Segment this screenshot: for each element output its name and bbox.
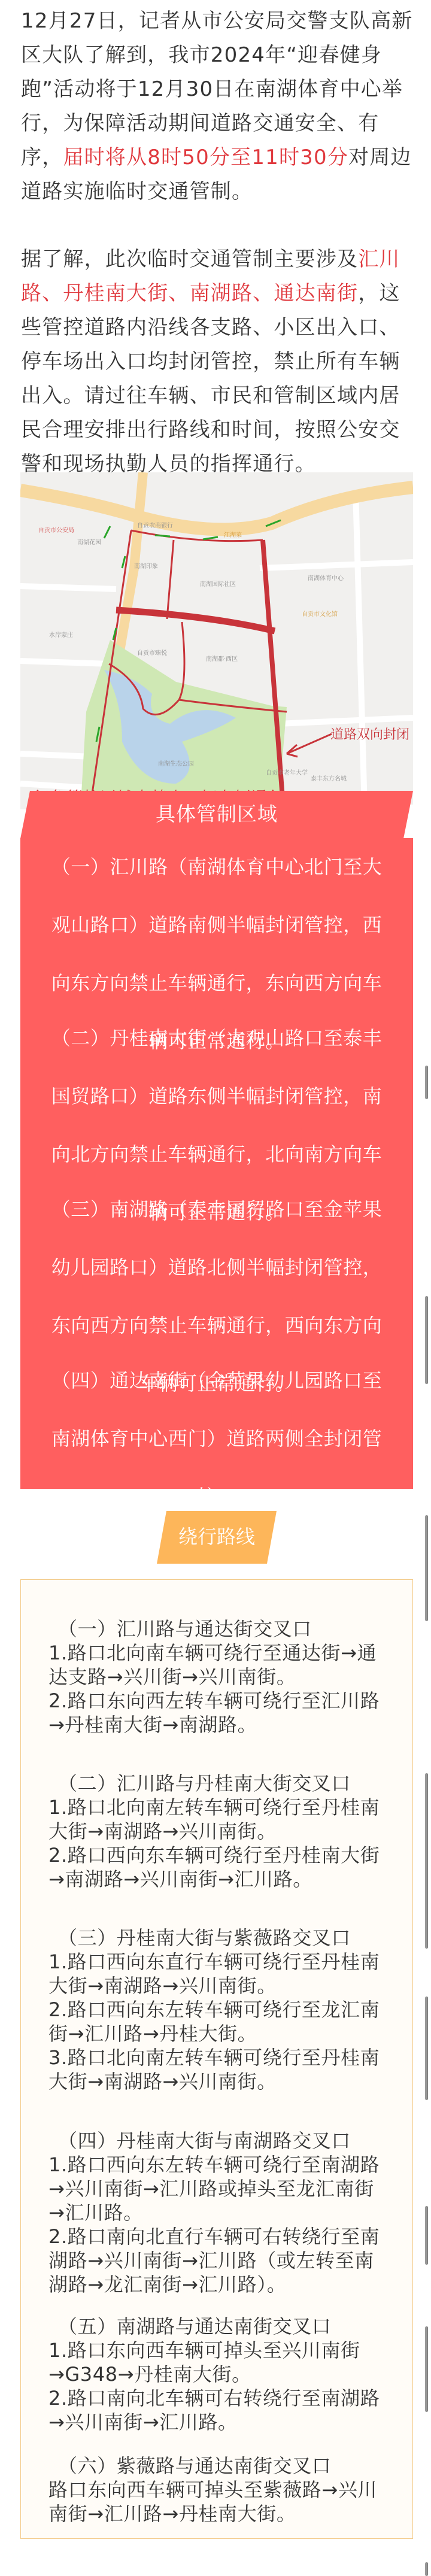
route-line: 1.路口西向东左转车辆可绕行至南湖路 bbox=[48, 2153, 384, 2177]
control-zone-title: 具体管制区域 bbox=[20, 799, 413, 829]
scrollbar-thumb[interactable] bbox=[425, 2206, 428, 2265]
scrollbar-thumb[interactable] bbox=[425, 2326, 428, 2412]
detour-title: 绕行路线 bbox=[157, 1522, 277, 1552]
svg-text:自贡市文化馆: 自贡市文化馆 bbox=[302, 610, 338, 618]
control-line: （二）丹桂南大街（大观山路口至泰丰 bbox=[50, 1009, 383, 1067]
control-line: 观山路口）道路南侧半幅封闭管控，西 bbox=[50, 896, 383, 954]
svg-text:南湖郡·西区: 南湖郡·西区 bbox=[206, 655, 238, 663]
control-line: （三）南湖路（泰丰国贸路口至金苹果 bbox=[50, 1181, 383, 1239]
route-line: →汇川路。 bbox=[48, 2201, 384, 2225]
intro-paragraph-2: 据了解，此次临时交通管制主要涉及汇川路、丹桂南大街、南湖路、通达南街，这些管控道… bbox=[21, 242, 413, 481]
map-label-garden: 南湖花园 bbox=[77, 538, 101, 546]
control-zone-header: 具体管制区域 bbox=[20, 791, 413, 839]
traffic-control-map: 南湖花园 南湖国际社区 南湖体育中心 南湖郡·西区 水岸蒙庄 南湖生态公园 泰丰… bbox=[20, 472, 413, 809]
intro-paragraph-1: 12月27日，记者从市公安局交警支队高新区大队了解到，我市2024年“迎春健身跑… bbox=[21, 4, 413, 209]
intro-text: 据了解，此次临时交通管制主要涉及 bbox=[21, 247, 358, 271]
route-1: （一）汇川路与通达街交叉口 1.路口北向南车辆可绕行至通达街→通 达支路→兴川街… bbox=[48, 1617, 384, 1737]
route-line: 南街→汇川路→丹桂南大街。 bbox=[48, 2502, 384, 2526]
detour-header: 绕行路线 bbox=[157, 1511, 277, 1564]
svg-text:江湖菜: 江湖菜 bbox=[224, 531, 242, 539]
route-line: →兴川南街→汇川路。 bbox=[48, 2410, 384, 2434]
intro-text: ，这些管控道路内沿线各支路、小区出入口、停车场出入口均封闭管控，禁止所有车辆出入… bbox=[21, 281, 400, 476]
scrollbar-thumb[interactable] bbox=[425, 1296, 428, 1384]
route-title: （五）南湖路与通达南街交叉口 bbox=[48, 2314, 384, 2338]
route-line: 大街→南湖路→兴川南街。 bbox=[48, 1974, 384, 1998]
scrollbar-thumb[interactable] bbox=[425, 1515, 428, 1621]
svg-text:自贡市老年大学: 自贡市老年大学 bbox=[266, 769, 308, 776]
control-item-4: （四）通达南街（金苹果幼儿园路口至 南湖体育中心西门）道路两侧全封闭管 控。 bbox=[50, 1352, 383, 1526]
svg-text:南湖国际社区: 南湖国际社区 bbox=[200, 580, 236, 588]
scrollbar-thumb[interactable] bbox=[425, 1773, 428, 1949]
route-6: （六）紫薇路与通达南街交叉口 路口东向西车辆可掉头至紫薇路→兴川 南街→汇川路→… bbox=[48, 2454, 384, 2526]
route-line: 2.路口西向东车辆可绕行至丹桂南大街 bbox=[48, 1843, 384, 1867]
route-line: →G348→丹桂南大街。 bbox=[48, 2362, 384, 2386]
route-3: （三）丹桂南大街与紫薇路交叉口 1.路口西向东直行车辆可绕行至丹桂南 大街→南湖… bbox=[48, 1926, 384, 2093]
route-title: （六）紫薇路与通达南街交叉口 bbox=[48, 2454, 384, 2478]
route-line: →南湖路→兴川南街→汇川路。 bbox=[48, 1867, 384, 1891]
svg-text:自贡农商银行: 自贡农商银行 bbox=[137, 521, 173, 529]
route-line: 1.路口东向西车辆可掉头至兴川南街 bbox=[48, 2338, 384, 2362]
route-line: 2.路口南向北直行车辆可右转绕行至南 bbox=[48, 2225, 384, 2249]
scrollbar-thumb[interactable] bbox=[425, 1066, 428, 1099]
route-title: （三）丹桂南大街与紫薇路交叉口 bbox=[48, 1926, 384, 1950]
route-line: 1.路口西向东直行车辆可绕行至丹桂南 bbox=[48, 1950, 384, 1974]
route-line: →兴川南街→汇川路或掉头至龙汇南街 bbox=[48, 2177, 384, 2201]
scrollbar-thumb[interactable] bbox=[425, 1997, 428, 2100]
svg-text:南湖生态公园: 南湖生态公园 bbox=[158, 760, 194, 767]
route-title: （一）汇川路与通达街交叉口 bbox=[48, 1617, 384, 1641]
route-line: 达支路→兴川街→兴川南街。 bbox=[48, 1665, 384, 1689]
route-5: （五）南湖路与通达南街交叉口 1.路口东向西车辆可掉头至兴川南街 →G348→丹… bbox=[48, 2314, 384, 2434]
control-line: 向东方向禁止车辆通行，东向西方向车 bbox=[50, 954, 383, 1012]
map-graphic: 南湖花园 南湖国际社区 南湖体育中心 南湖郡·西区 水岸蒙庄 南湖生态公园 泰丰… bbox=[20, 472, 413, 809]
control-line: 南湖体育中心西门）道路两侧全封闭管 bbox=[50, 1410, 383, 1468]
route-line: 1.路口北向南左转车辆可绕行至丹桂南 bbox=[48, 1795, 384, 1819]
route-line: →丹桂南大街→南湖路。 bbox=[48, 1713, 384, 1737]
scrollbar-thumb[interactable] bbox=[425, 2562, 428, 2576]
route-line: 2.路口东向西左转车辆可绕行至汇川路 bbox=[48, 1689, 384, 1713]
time-highlight: 届时将从8时50分至11时30分 bbox=[63, 145, 348, 169]
route-title: （二）汇川路与丹桂南大街交叉口 bbox=[48, 1771, 384, 1795]
route-line: 湖路→龙汇南街→汇川路）。 bbox=[48, 2272, 384, 2296]
svg-text:自贡市公安局: 自贡市公安局 bbox=[38, 526, 74, 534]
svg-text:泰丰东方名城: 泰丰东方名城 bbox=[311, 775, 347, 782]
control-line: （一）汇川路（南湖体育中心北门至大 bbox=[50, 838, 383, 896]
route-line: 1.路口北向南车辆可绕行至通达街→通 bbox=[48, 1641, 384, 1665]
route-line: 2.路口南向北车辆可右转绕行至南湖路 bbox=[48, 2386, 384, 2410]
control-line: 东向西方向禁止车辆通行，西向东方向 bbox=[50, 1297, 383, 1355]
control-line: 幼儿园路口）道路北侧半幅封闭管控， bbox=[50, 1239, 383, 1297]
control-line: 国贸路口）道路东侧半幅封闭管控，南 bbox=[50, 1067, 383, 1125]
svg-text:南湖体育中心: 南湖体育中心 bbox=[308, 574, 344, 582]
route-line: 大街→南湖路→兴川南街。 bbox=[48, 2070, 384, 2093]
svg-text:自贡市臻悦: 自贡市臻悦 bbox=[137, 649, 167, 657]
map-annotation-closed: 道路双向封闭 bbox=[330, 727, 409, 742]
svg-text:水岸蒙庄: 水岸蒙庄 bbox=[49, 631, 73, 639]
control-zone-panel: （一）汇川路（南湖体育中心北门至大 观山路口）道路南侧半幅封闭管控，西 向东方向… bbox=[20, 838, 413, 1489]
route-line: 3.路口北向南左转车辆可绕行至丹桂南 bbox=[48, 2046, 384, 2070]
route-line: 2.路口西向东左转车辆可绕行至龙汇南 bbox=[48, 1998, 384, 2022]
control-line: 向北方向禁止车辆通行，北向南方向车 bbox=[50, 1125, 383, 1184]
svg-text:南湖印象: 南湖印象 bbox=[134, 562, 158, 570]
route-line: 湖路→兴川南街→汇川路（或左转至南 bbox=[48, 2249, 384, 2272]
route-2: （二）汇川路与丹桂南大街交叉口 1.路口北向南左转车辆可绕行至丹桂南 大街→南湖… bbox=[48, 1771, 384, 1891]
route-line: 路口东向西车辆可掉头至紫薇路→兴川 bbox=[48, 2478, 384, 2502]
detour-routes-panel: （一）汇川路与通达街交叉口 1.路口北向南车辆可绕行至通达街→通 达支路→兴川街… bbox=[20, 1579, 413, 2539]
route-4: （四）丹桂南大街与南湖路交叉口 1.路口西向东左转车辆可绕行至南湖路 →兴川南街… bbox=[48, 2129, 384, 2296]
control-line: （四）通达南街（金苹果幼儿园路口至 bbox=[50, 1352, 383, 1410]
route-line: 大街→南湖路→兴川南街。 bbox=[48, 1819, 384, 1843]
route-line: 街→汇川路→丹桂大街。 bbox=[48, 2022, 384, 2046]
route-title: （四）丹桂南大街与南湖路交叉口 bbox=[48, 2129, 384, 2153]
